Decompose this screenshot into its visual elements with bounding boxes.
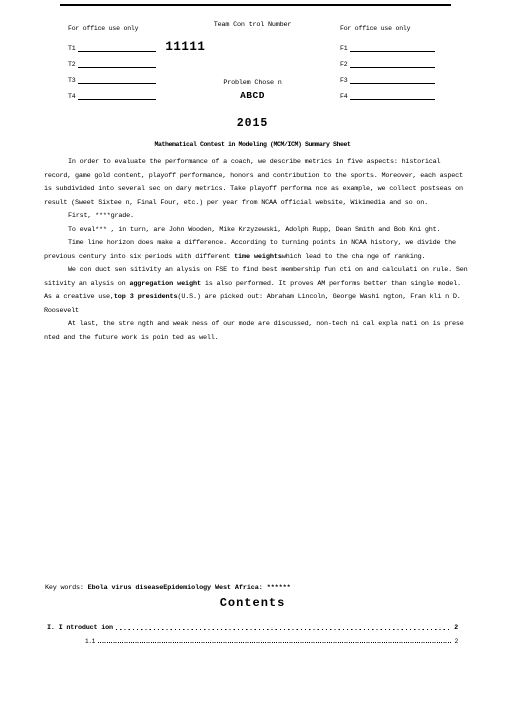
field-label: F4	[340, 93, 347, 100]
field-line	[78, 59, 156, 68]
summary-segment: Roosevelt	[44, 307, 79, 315]
summary-line: Time line horizon does make a difference…	[44, 237, 464, 251]
summary-segment: sitivity an alysis on	[44, 280, 129, 288]
office-field-row: F2	[340, 58, 435, 68]
field-label: T2	[68, 61, 75, 68]
table-of-contents: I. I ntroduct ion21.12	[47, 619, 458, 645]
office-field-row: F1	[340, 42, 435, 52]
toc-entry: 1.12	[47, 632, 458, 645]
summary-segment: As a creative use,	[44, 293, 114, 301]
summary-segment: We con duct sen sitivity an alysis on FS…	[68, 266, 468, 274]
summary-segment: Time line horizon does make a difference…	[68, 239, 456, 247]
field-line	[350, 43, 435, 52]
field-label: F2	[340, 61, 347, 68]
summary-line: At last, the stre ngth and weak ness of …	[44, 318, 464, 332]
toc-label: I. I ntroduct ion	[47, 624, 113, 632]
summary-segment: is also performed. It proves AM performs…	[201, 280, 461, 288]
summary-bold-segment: aggregation weight	[129, 280, 201, 288]
keywords-label: Key words:	[45, 584, 88, 592]
summary-line: As a creative use,top 3 presidents(U.S.)…	[44, 291, 464, 305]
summary-segment: (U.S.) are picked out: Abraham Lincoln, …	[178, 293, 461, 301]
summary-segment: result (Sweet Sixtee n, Final Four, etc.…	[44, 199, 428, 207]
year-title: 2015	[0, 117, 505, 130]
toc-page-number: 2	[454, 624, 458, 632]
field-line	[350, 75, 435, 84]
summary-line: Roosevelt	[44, 305, 464, 319]
contents-heading: Contents	[0, 596, 505, 610]
summary-sheet-page: For office use only T111111T2T3T4 Team C…	[0, 0, 505, 714]
summary-line: In order to evaluate the performance of …	[44, 156, 464, 170]
keywords-line: Key words: Ebola virus diseaseEpidemiolo…	[45, 583, 465, 593]
field-label: F3	[340, 77, 347, 84]
toc-entry: I. I ntroduct ion2	[47, 619, 458, 632]
summary-segment: First, ****grade.	[68, 212, 134, 220]
summary-bold-segment: top 3 presidents	[114, 293, 178, 301]
office-use-right-label: For office use only	[340, 25, 410, 32]
summary-line: record, game gold content, playoff perfo…	[44, 170, 464, 184]
summary-segment: previous century into six periods with d…	[44, 253, 234, 261]
top-divider	[60, 4, 451, 6]
office-field-row: T111111	[68, 42, 205, 52]
sheet-subtitle: Mathematical Contest in Modeling (MCM/IC…	[0, 141, 505, 148]
office-field-row: T2	[68, 58, 156, 68]
keywords-segment: Ebola virus diseaseEpidemiology West Afr…	[88, 584, 291, 592]
toc-leader-dots	[98, 642, 451, 643]
summary-line: We con duct sen sitivity an alysis on FS…	[44, 264, 464, 278]
summary-segment: In order to evaluate the performance of …	[68, 158, 440, 166]
field-label: F1	[340, 45, 347, 52]
summary-segment: record, game gold content, playoff perfo…	[44, 172, 463, 180]
summary-line: previous century into six periods with d…	[44, 251, 464, 265]
summary-line: result (Sweet Sixtee n, Final Four, etc.…	[44, 197, 464, 211]
summary-segment: At last, the stre ngth and weak ness of …	[68, 320, 464, 328]
summary-line: is subdivided into several sec on dary m…	[44, 183, 464, 197]
office-field-row: F4	[340, 90, 435, 100]
toc-label: 1.1	[85, 638, 95, 645]
toc-leader-dots	[116, 629, 451, 631]
summary-segment: which lead to the cha nge of ranking.	[282, 253, 426, 261]
summary-segment: nted and the future work is poin ted as …	[44, 334, 219, 342]
summary-line: To eval*** , in turn, are John Wooden, M…	[44, 224, 464, 238]
summary-segment: is subdivided into several sec on dary m…	[44, 185, 463, 193]
summary-line: nted and the future work is poin ted as …	[44, 332, 464, 346]
summary-segment: To eval*** , in turn, are John Wooden, M…	[68, 226, 440, 234]
team-control-number-label: Team Con trol Number	[0, 21, 505, 29]
field-line	[350, 59, 435, 68]
toc-page-number: 2	[455, 638, 458, 645]
summary-text: In order to evaluate the performance of …	[44, 156, 464, 345]
summary-line: sitivity an alysis on aggregation weight…	[44, 278, 464, 292]
office-field-row: F3	[340, 74, 435, 84]
field-line	[350, 91, 435, 100]
summary-bold-segment: time weights	[234, 253, 282, 261]
team-number-value: 11111	[165, 42, 205, 52]
keywords-value: Ebola virus diseaseEpidemiology West Afr…	[88, 584, 291, 592]
field-label: T1	[68, 45, 75, 52]
summary-line: First, ****grade.	[44, 210, 464, 224]
field-line	[78, 43, 156, 52]
